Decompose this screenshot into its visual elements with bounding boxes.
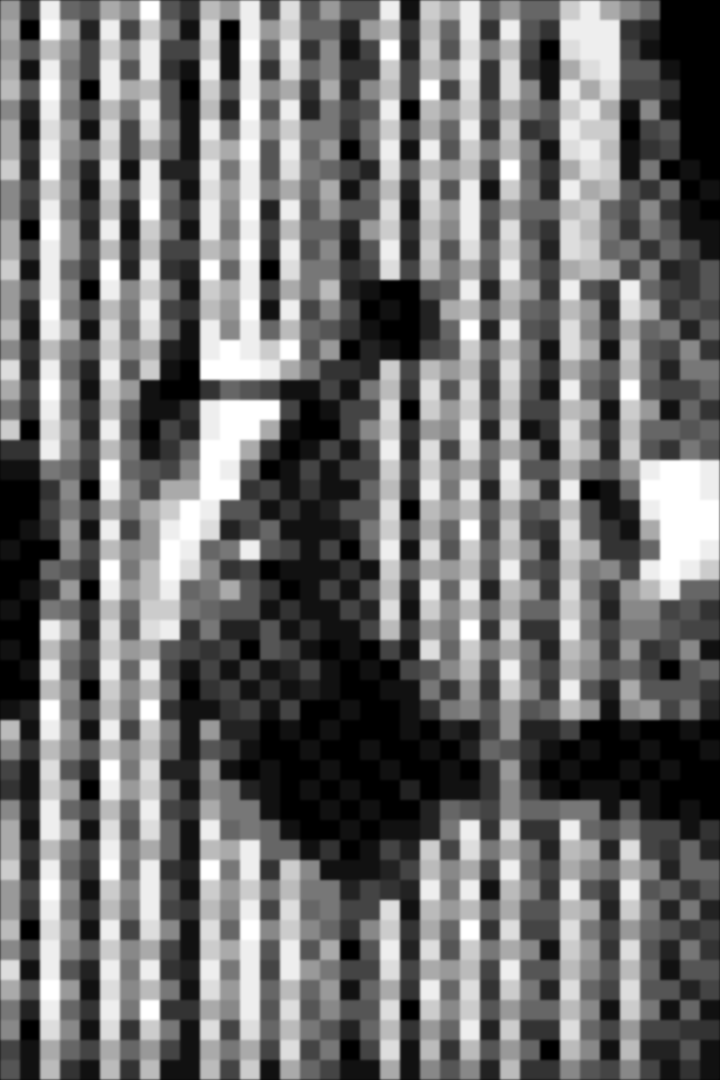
pixelated-photo-canvas bbox=[0, 0, 720, 1080]
pixelated-photo bbox=[0, 0, 720, 1080]
